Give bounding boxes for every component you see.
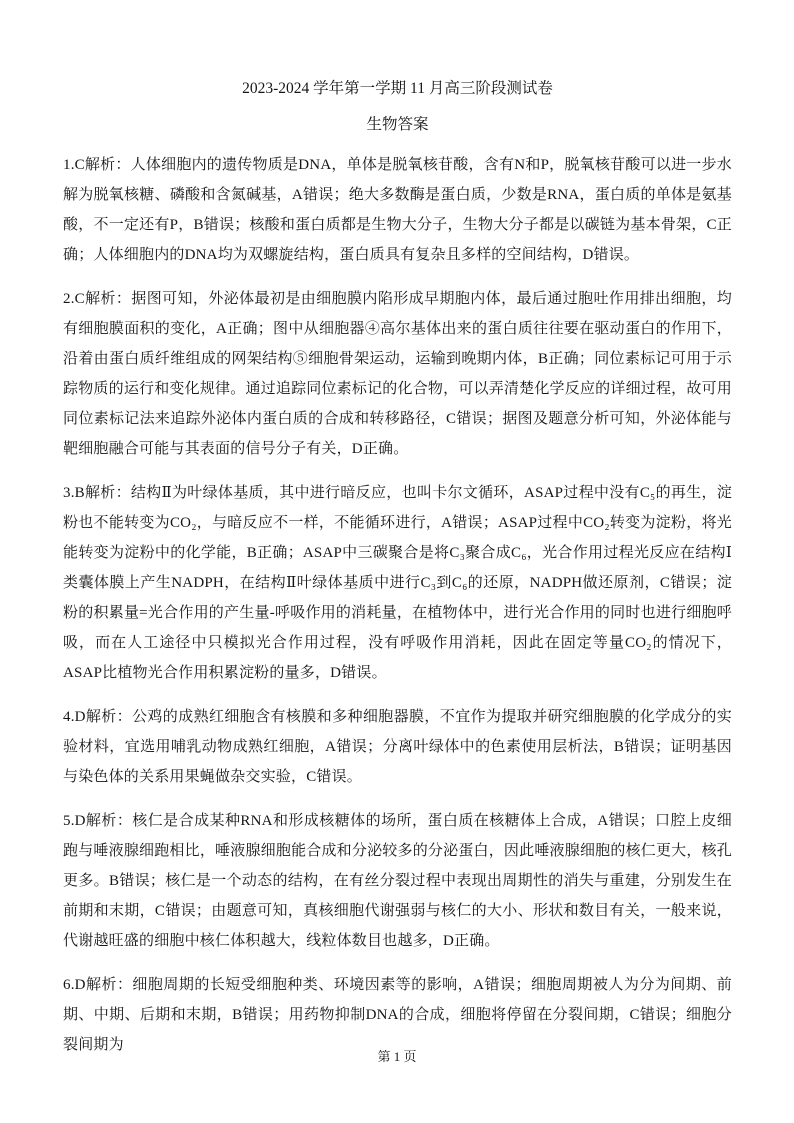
document-page: 2023-2024 学年第一学期 11 月高三阶段测试卷 生物答案 1.C解析：… [0, 0, 794, 1123]
answer-paragraph-5: 5.D解析：核仁是合成某种RNA和形成核糖体的场所，蛋白质在核糖体上合成，A错误… [63, 806, 732, 956]
page-title: 2023-2024 学年第一学期 11 月高三阶段测试卷 [63, 78, 732, 100]
page-number-footer: 第 1 页 [0, 1046, 794, 1065]
answer-paragraph-3: 3.B解析：结构Ⅱ为叶绿体基质，其中进行暗反应，也叫卡尔文循环，ASAP过程中没… [63, 478, 732, 688]
answer-paragraph-1: 1.C解析：人体细胞内的遗传物质是DNA，单体是脱氧核苷酸，含有N和P，脱氧核苷… [63, 150, 732, 270]
answer-paragraph-2: 2.C解析：据图可知，外泌体最初是由细胞膜内陷形成早期胞内体，最后通过胞吐作用排… [63, 284, 732, 464]
answer-paragraph-4: 4.D解析：公鸡的成熟红细胞含有核膜和多种细胞器膜，不宜作为提取并研究细胞膜的化… [63, 702, 732, 792]
page-subtitle: 生物答案 [63, 114, 732, 136]
answer-body: 1.C解析：人体细胞内的遗传物质是DNA，单体是脱氧核苷酸，含有N和P，脱氧核苷… [63, 150, 732, 1060]
